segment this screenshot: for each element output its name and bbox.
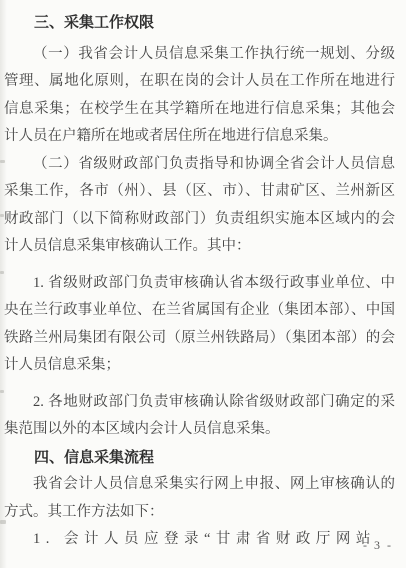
page-number: - 3 - (363, 532, 393, 560)
document-page: 三、采集工作权限 （一）我省会计人员信息采集工作执行统一规划、分级管理、属地化原… (0, 0, 406, 568)
scan-artifact-tick (0, 160, 5, 163)
paragraph-department-responsibility: （二）省级财政部门负责指导和协调全省会计人员信息采集工作，各市（州）、县（区、市… (4, 151, 395, 261)
scan-artifact-tick (0, 520, 6, 524)
section-heading-collection-process: 四、信息采集流程 (4, 444, 395, 472)
scan-artifact-tick (0, 390, 4, 393)
paragraph-step-1-login: 1. 会计人员应登录“甘肃省财政厅网站 (4, 526, 395, 554)
scan-artifact-tick (0, 271, 4, 274)
paragraph-local-scope-item-2: 2. 各地财政部门负责审核确认除省级财政部门确定的采集范围以外的本区域内会计人员… (4, 389, 395, 444)
paragraph-provincial-scope-item-1: 1. 省级财政部门负责审核确认省本级行政事业单位、中央在兰行政事业单位、在兰省属… (4, 270, 395, 380)
section-heading-collection-authority: 三、采集工作权限 (4, 9, 395, 37)
paragraph-online-declaration: 我省会计人员信息采集实行网上申报、网上审核确认的方式。其工作方法如下： (4, 471, 395, 526)
scan-artifact-tick (0, 214, 4, 217)
paragraph-collection-principle: （一）我省会计人员信息采集工作执行统一规划、分级管理、属地化原则，在职在岗的会计… (4, 41, 395, 151)
